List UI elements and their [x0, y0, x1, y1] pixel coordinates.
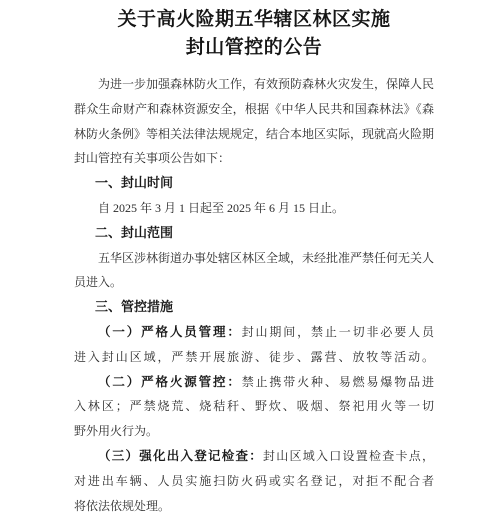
- title-line-2: 封山管控的公告: [74, 34, 434, 62]
- measure-item-2-line-1: （二）严格火源管控：禁止携带火种、易燃易爆物品进: [74, 370, 434, 395]
- measure-item-2-line-1-rest: 禁止携带火种、易燃易爆物品进: [242, 375, 434, 389]
- title-line-1: 关于高火险期五华辖区林区实施: [74, 6, 434, 34]
- measure-item-1-label: （一）严格人员管理：: [98, 325, 242, 339]
- measure-item-3-line-1-rest: 封山区域入口设置检查卡点，: [263, 449, 434, 463]
- measure-item-3-line-3: 将依法依规处理。: [74, 494, 434, 516]
- measure-item-3-line-1: （三）强化出入登记检查：封山区域入口设置检查卡点，: [74, 444, 434, 469]
- closure-time-line-1: 自 2025 年 3 月 1 日起至 2025 年 6 月 15 日止。: [74, 196, 434, 221]
- measure-item-2-line-2: 入林区；严禁烧荒、烧秸秆、野炊、吸烟、祭祀用火等一切: [74, 394, 434, 419]
- measure-item-3-line-2: 对进出车辆、人员实施扫防火码或实名登记，对拒不配合者: [74, 469, 434, 494]
- section-heading-control-measures: 三、管控措施: [74, 295, 434, 320]
- closure-scope-line-1: 五华区涉林街道办事处辖区林区全域，未经批准严禁任何无关人: [74, 246, 434, 271]
- document-content: 关于高火险期五华辖区林区实施 封山管控的公告 为进一步加强森林防火工作，有效预防…: [0, 0, 500, 516]
- notice-body: 为进一步加强森林防火工作，有效预防森林火灾发生，保障人民 群众生命财产和森林资源…: [74, 72, 434, 516]
- notice-title: 关于高火险期五华辖区林区实施 封山管控的公告: [74, 6, 434, 62]
- measure-item-1-line-1-rest: 封山期间，禁止一切非必要人员: [242, 325, 434, 339]
- measure-item-2-line-3: 野外用火行为。: [74, 419, 434, 444]
- closure-scope-line-2: 员进入。: [74, 270, 434, 295]
- intro-line-1: 为进一步加强森林防火工作，有效预防森林火灾发生，保障人民: [74, 72, 434, 97]
- intro-line-3: 林防火条例》等相关法律法规规定，结合本地区实际，现就高火险期: [74, 122, 434, 147]
- measure-item-3-label: （三）强化出入登记检查：: [98, 449, 263, 463]
- intro-line-2: 群众生命财产和森林资源安全，根据《中华人民共和国森林法》《森: [74, 97, 434, 122]
- measure-item-1-line-2: 进入封山区域，严禁开展旅游、徒步、露营、放牧等活动。: [74, 345, 434, 370]
- intro-line-4: 封山管控有关事项公告如下：: [74, 146, 434, 171]
- section-heading-closure-scope: 二、封山范围: [74, 221, 434, 246]
- section-heading-closure-time: 一、封山时间: [74, 171, 434, 196]
- measure-item-1-line-1: （一）严格人员管理：封山期间，禁止一切非必要人员: [74, 320, 434, 345]
- notice-document-page: 关于高火险期五华辖区林区实施 封山管控的公告 为进一步加强森林防火工作，有效预防…: [0, 0, 500, 516]
- measure-item-2-label: （二）严格火源管控：: [98, 375, 242, 389]
